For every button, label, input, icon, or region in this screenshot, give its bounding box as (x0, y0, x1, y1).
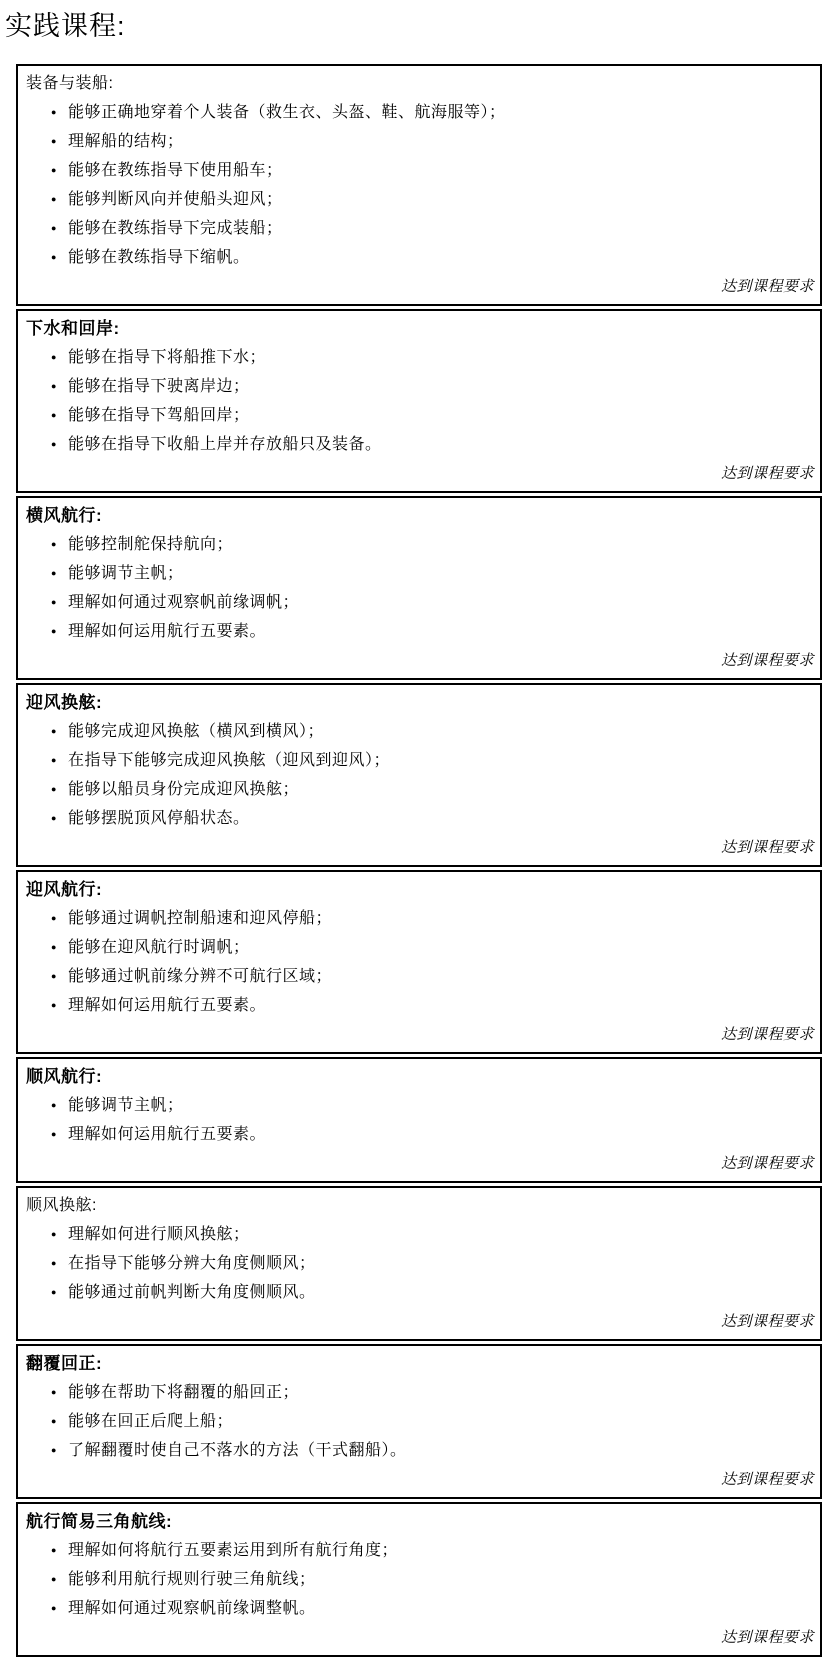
section-title: 顺风航行: (26, 1062, 814, 1091)
bullet-icon: ● (51, 588, 57, 617)
bullet-icon: ● (51, 401, 57, 430)
section-title: 下水和回岸: (26, 314, 814, 343)
skill-text: 理解如何通过观察帆前缘调整帆。 (68, 1600, 316, 1617)
skill-list: ● 能够通过调帆控制船速和迎风停船； ● 能够在迎风航行时调帆； ● 能够通过帆… (26, 904, 814, 1020)
bullet-icon: ● (51, 530, 57, 559)
skill-text: 能够判断风向并使船头迎风； (68, 191, 283, 208)
bullet-icon: ● (51, 1536, 57, 1565)
skill-item: ● 理解如何运用航行五要素。 (26, 1120, 814, 1149)
section-title: 横风航行: (26, 501, 814, 530)
bullet-icon: ● (51, 804, 57, 833)
course-section: 下水和回岸: ● 能够在指导下将船推下水； ● 能够在指导下驶离岸边； ● 能够… (16, 309, 822, 493)
bullet-icon: ● (51, 991, 57, 1020)
course-section: 横风航行: ● 能够控制舵保持航向； ● 能够调节主帆； ● 理解如何通过观察帆… (16, 496, 822, 680)
course-section: 顺风换舷: ● 理解如何进行顺风换舷； ● 在指导下能够分辨大角度侧顺风； ● … (16, 1186, 822, 1341)
skill-item: ● 能够在教练指导下使用船车； (26, 156, 814, 185)
skill-text: 能够在指导下驶离岸边； (68, 378, 250, 395)
skill-item: ● 能够在指导下收船上岸并存放船只及装备。 (26, 430, 814, 459)
course-section: 航行简易三角航线: ● 理解如何将航行五要素运用到所有航行角度； ● 能够利用航… (16, 1502, 822, 1657)
skill-item: ● 理解如何进行顺风换舷； (26, 1220, 814, 1249)
bullet-icon: ● (51, 1220, 57, 1249)
skill-item: ● 理解如何运用航行五要素。 (26, 617, 814, 646)
skill-text: 能够摆脱顶风停船状态。 (68, 810, 250, 827)
page-title: 实践课程: (5, 10, 833, 42)
course-requirement-status: 达到课程要求 (26, 1307, 814, 1336)
skill-text: 能够调节主帆； (68, 565, 184, 582)
bullet-icon: ● (51, 372, 57, 401)
bullet-icon: ● (51, 1249, 57, 1278)
skill-item: ● 能够利用航行规则行驶三角航线； (26, 1565, 814, 1594)
skill-text: 理解如何将航行五要素运用到所有航行角度； (68, 1542, 398, 1559)
skill-text: 能够在指导下驾船回岸； (68, 407, 250, 424)
skill-item: ● 在指导下能够完成迎风换舷（迎风到迎风）； (26, 746, 814, 775)
skill-item: ● 能够调节主帆； (26, 1091, 814, 1120)
skill-item: ● 能够通过前帆判断大角度侧顺风。 (26, 1278, 814, 1307)
skill-item: ● 能够判断风向并使船头迎风； (26, 185, 814, 214)
document-page: 实践课程: 装备与装船: ● 能够正确地穿着个人装备（救生衣、头盔、鞋、航海服等… (0, 0, 833, 1673)
course-section: 翻覆回正: ● 能够在帮助下将翻覆的船回正； ● 能够在回正后爬上船； ● 了解… (16, 1344, 822, 1499)
bullet-icon: ● (51, 430, 57, 459)
skill-text: 能够在指导下收船上岸并存放船只及装备。 (68, 436, 382, 453)
section-title: 顺风换舷: (26, 1191, 814, 1220)
section-title: 航行简易三角航线: (26, 1507, 814, 1536)
skill-item: ● 了解翻覆时使自己不落水的方法（干式翻船）。 (26, 1436, 814, 1465)
course-section: 顺风航行: ● 能够调节主帆； ● 理解如何运用航行五要素。 达到课程要求 (16, 1057, 822, 1183)
bullet-icon: ● (51, 1594, 57, 1623)
course-requirement-status: 达到课程要求 (26, 272, 814, 301)
skill-item: ● 理解如何通过观察帆前缘调整帆。 (26, 1594, 814, 1623)
skill-list: ● 理解如何进行顺风换舷； ● 在指导下能够分辨大角度侧顺风； ● 能够通过前帆… (26, 1220, 814, 1307)
skill-item: ● 理解如何运用航行五要素。 (26, 991, 814, 1020)
section-title: 迎风航行: (26, 875, 814, 904)
skill-text: 了解翻覆时使自己不落水的方法（干式翻船）。 (68, 1442, 407, 1459)
course-requirement-status: 达到课程要求 (26, 1020, 814, 1049)
skill-text: 能够在迎风航行时调帆； (68, 939, 250, 956)
skill-text: 能够以船员身份完成迎风换舷； (68, 781, 299, 798)
bullet-icon: ● (51, 617, 57, 646)
skill-text: 理解如何运用航行五要素。 (68, 1126, 266, 1143)
skill-text: 能够在回正后爬上船； (68, 1413, 233, 1430)
skill-item: ● 理解如何将航行五要素运用到所有航行角度； (26, 1536, 814, 1565)
skill-item: ● 能够摆脱顶风停船状态。 (26, 804, 814, 833)
section-title: 翻覆回正: (26, 1349, 814, 1378)
skill-item: ● 能够在指导下将船推下水； (26, 343, 814, 372)
skill-text: 理解船的结构； (68, 133, 184, 150)
skill-item: ● 能够通过帆前缘分辨不可航行区域； (26, 962, 814, 991)
skill-text: 能够通过帆前缘分辨不可航行区域； (68, 968, 332, 985)
skill-text: 能够调节主帆； (68, 1097, 184, 1114)
bullet-icon: ● (51, 98, 57, 127)
skill-item: ● 理解船的结构； (26, 127, 814, 156)
skill-item: ● 能够在教练指导下缩帆。 (26, 243, 814, 272)
skill-item: ● 能够在指导下驾船回岸； (26, 401, 814, 430)
section-title: 迎风换舷: (26, 688, 814, 717)
skill-item: ● 能够控制舵保持航向； (26, 530, 814, 559)
skill-item: ● 能够正确地穿着个人装备（救生衣、头盔、鞋、航海服等）； (26, 98, 814, 127)
bullet-icon: ● (51, 1091, 57, 1120)
skill-item: ● 能够在教练指导下完成装船； (26, 214, 814, 243)
skill-text: 能够在帮助下将翻覆的船回正； (68, 1384, 299, 1401)
skill-item: ● 在指导下能够分辨大角度侧顺风； (26, 1249, 814, 1278)
skill-item: ● 能够在指导下驶离岸边； (26, 372, 814, 401)
bullet-icon: ● (51, 1436, 57, 1465)
skill-text: 能够控制舵保持航向； (68, 536, 233, 553)
bullet-icon: ● (51, 127, 57, 156)
bullet-icon: ● (51, 1565, 57, 1594)
skill-text: 在指导下能够完成迎风换舷（迎风到迎风）； (68, 752, 390, 769)
skill-text: 能够通过前帆判断大角度侧顺风。 (68, 1284, 316, 1301)
bullet-icon: ● (51, 156, 57, 185)
skill-text: 能够通过调帆控制船速和迎风停船； (68, 910, 332, 927)
skill-item: ● 能够通过调帆控制船速和迎风停船； (26, 904, 814, 933)
course-requirement-status: 达到课程要求 (26, 459, 814, 488)
bullet-icon: ● (51, 559, 57, 588)
skill-item: ● 能够以船员身份完成迎风换舷； (26, 775, 814, 804)
skill-item: ● 能够在回正后爬上船； (26, 1407, 814, 1436)
skill-text: 能够在指导下将船推下水； (68, 349, 266, 366)
bullet-icon: ● (51, 214, 57, 243)
skill-text: 能够在教练指导下使用船车； (68, 162, 283, 179)
skill-item: ● 能够调节主帆； (26, 559, 814, 588)
skill-item: ● 能够在帮助下将翻覆的船回正； (26, 1378, 814, 1407)
skill-item: ● 能够完成迎风换舷（横风到横风）； (26, 717, 814, 746)
skill-text: 能够在教练指导下完成装船； (68, 220, 283, 237)
course-section: 迎风航行: ● 能够通过调帆控制船速和迎风停船； ● 能够在迎风航行时调帆； ●… (16, 870, 822, 1054)
bullet-icon: ● (51, 1407, 57, 1436)
skill-list: ● 理解如何将航行五要素运用到所有航行角度； ● 能够利用航行规则行驶三角航线；… (26, 1536, 814, 1623)
skill-text: 在指导下能够分辨大角度侧顺风； (68, 1255, 316, 1272)
skill-text: 能够正确地穿着个人装备（救生衣、头盔、鞋、航海服等）； (68, 104, 506, 121)
skill-text: 理解如何通过观察帆前缘调帆； (68, 594, 299, 611)
course-requirement-status: 达到课程要求 (26, 646, 814, 675)
bullet-icon: ● (51, 962, 57, 991)
bullet-icon: ● (51, 185, 57, 214)
bullet-icon: ● (51, 933, 57, 962)
skill-text: 能够利用航行规则行驶三角航线； (68, 1571, 316, 1588)
skill-list: ● 能够在指导下将船推下水； ● 能够在指导下驶离岸边； ● 能够在指导下驾船回… (26, 343, 814, 459)
course-sections: 装备与装船: ● 能够正确地穿着个人装备（救生衣、头盔、鞋、航海服等）； ● 理… (16, 64, 822, 1657)
course-requirement-status: 达到课程要求 (26, 833, 814, 862)
skill-list: ● 能够调节主帆； ● 理解如何运用航行五要素。 (26, 1091, 814, 1149)
course-section: 装备与装船: ● 能够正确地穿着个人装备（救生衣、头盔、鞋、航海服等）； ● 理… (16, 64, 822, 306)
bullet-icon: ● (51, 717, 57, 746)
skill-list: ● 能够正确地穿着个人装备（救生衣、头盔、鞋、航海服等）； ● 理解船的结构； … (26, 98, 814, 272)
bullet-icon: ● (51, 775, 57, 804)
skill-text: 能够在教练指导下缩帆。 (68, 249, 250, 266)
section-title: 装备与装船: (26, 69, 814, 98)
bullet-icon: ● (51, 243, 57, 272)
bullet-icon: ● (51, 746, 57, 775)
skill-list: ● 能够在帮助下将翻覆的船回正； ● 能够在回正后爬上船； ● 了解翻覆时使自己… (26, 1378, 814, 1465)
bullet-icon: ● (51, 904, 57, 933)
course-requirement-status: 达到课程要求 (26, 1623, 814, 1652)
skill-text: 理解如何运用航行五要素。 (68, 623, 266, 640)
skill-list: ● 能够完成迎风换舷（横风到横风）； ● 在指导下能够完成迎风换舷（迎风到迎风）… (26, 717, 814, 833)
skill-item: ● 理解如何通过观察帆前缘调帆； (26, 588, 814, 617)
bullet-icon: ● (51, 1120, 57, 1149)
skill-text: 理解如何运用航行五要素。 (68, 997, 266, 1014)
course-requirement-status: 达到课程要求 (26, 1149, 814, 1178)
bullet-icon: ● (51, 343, 57, 372)
course-requirement-status: 达到课程要求 (26, 1465, 814, 1494)
skill-item: ● 能够在迎风航行时调帆； (26, 933, 814, 962)
bullet-icon: ● (51, 1378, 57, 1407)
course-section: 迎风换舷: ● 能够完成迎风换舷（横风到横风）； ● 在指导下能够完成迎风换舷（… (16, 683, 822, 867)
skill-list: ● 能够控制舵保持航向； ● 能够调节主帆； ● 理解如何通过观察帆前缘调帆； … (26, 530, 814, 646)
skill-text: 理解如何进行顺风换舷； (68, 1226, 250, 1243)
bullet-icon: ● (51, 1278, 57, 1307)
skill-text: 能够完成迎风换舷（横风到横风）； (68, 723, 324, 740)
